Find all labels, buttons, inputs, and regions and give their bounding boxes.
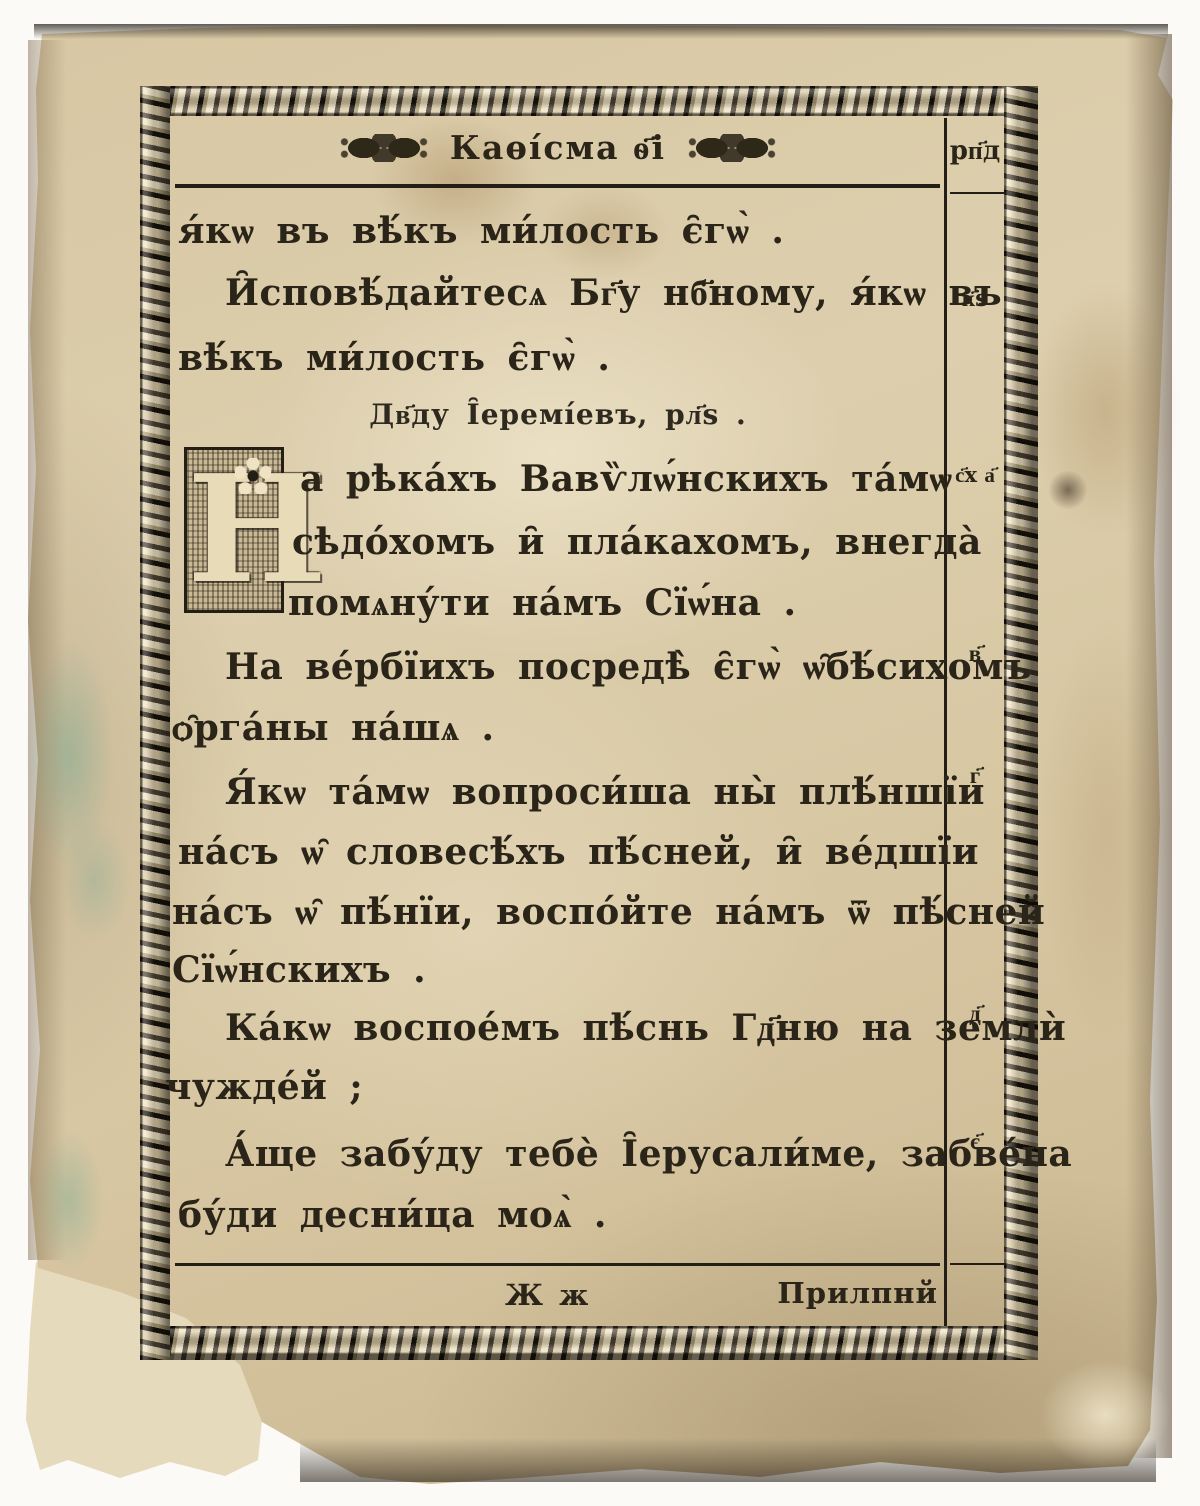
drop-cap-initial: Н (184, 447, 284, 613)
margin-footer-rule (950, 1263, 1006, 1265)
kathisma-title: Каѳі́сма ѳ҃і (450, 128, 666, 168)
text-line: помѧну́ти на́мъ Сїѡ́на . (288, 582, 797, 625)
flower-ornament-icon (235, 458, 271, 494)
header-rule (175, 184, 940, 188)
text-line: вѣ́къ ми́лость є̑гѡ̀ . (178, 337, 610, 380)
page-number: рп҃д (946, 136, 1004, 166)
quire-signature: Ж ж (505, 1278, 591, 1312)
verse-number-margin: в҃ (946, 640, 1004, 667)
verse-number-margin: є҃ (946, 1128, 1004, 1155)
text-line: Сїѡ́нскихъ . (172, 949, 426, 992)
verse-number-margin: г҃ (946, 762, 1004, 789)
fleuron-ornament-icon (338, 134, 430, 162)
text-line: Ка́кѡ воспое́мъ пѣ́снь Гд҃ню на землѝ (225, 1007, 1066, 1050)
text-line: на́съ ѡ̑ словесѣ́хъ пѣ́сней, и̑ ве́дшїи (178, 831, 979, 874)
text-line: На ве́рбїихъ посредѣ̀ є̑гѡ̀ ѡ̑бѣ́сихомъ (225, 646, 1032, 689)
running-head: Каѳі́сма ѳ҃і (175, 128, 941, 168)
text-line: И̑сповѣ́дайтесѧ Бг҃у нб҃ному, я́кѡ въ (225, 272, 1002, 315)
fleuron-ornament-icon (686, 134, 778, 162)
text-line: ѻ̑рга́ны на́шѧ . (172, 707, 495, 750)
footer-rule (175, 1263, 940, 1266)
rope-border-top (140, 86, 1038, 116)
verse-number-margin: с҃х а҃ (946, 462, 1004, 488)
margin-top-rule (950, 192, 1006, 194)
verse-number-margin: д҃ (946, 1000, 1004, 1027)
psalm-heading: Дв҃ду І̑еремі́евъ, рл҃ѕ . (175, 398, 941, 432)
text-line: я́кѡ въ вѣ́къ ми́лость є̑гѡ̀ . (178, 210, 784, 253)
text-line: сѣдо́хомъ и̑ пла́кахомъ, внегда̀ (292, 521, 982, 564)
text-line: бу́ди десни́ца моѧ̀ . (178, 1194, 607, 1237)
text-line: а рѣка́хъ Вавѷлѡ́нскихъ та́мѡ (300, 458, 952, 501)
text-line: на́съ ѡ̑ пѣ́нїи, воспо́йте на́мъ ѿ пѣ́сн… (172, 891, 1045, 934)
catchword: Прилпнй (690, 1276, 938, 1310)
text-line: чужде́й ; (165, 1066, 363, 1109)
rope-border-bottom (140, 1326, 1038, 1360)
text-line: Я́кѡ та́мѡ вопроси́ша ны̀ плѣ́ншїи (225, 771, 985, 814)
scanned-page-photo: Каѳі́сма ѳ҃і рп҃д я́кѡ въ вѣ́къ ми́лость… (0, 0, 1200, 1506)
rope-border-left (140, 86, 170, 1360)
verse-number-margin: к҃ѕ (946, 285, 1004, 312)
